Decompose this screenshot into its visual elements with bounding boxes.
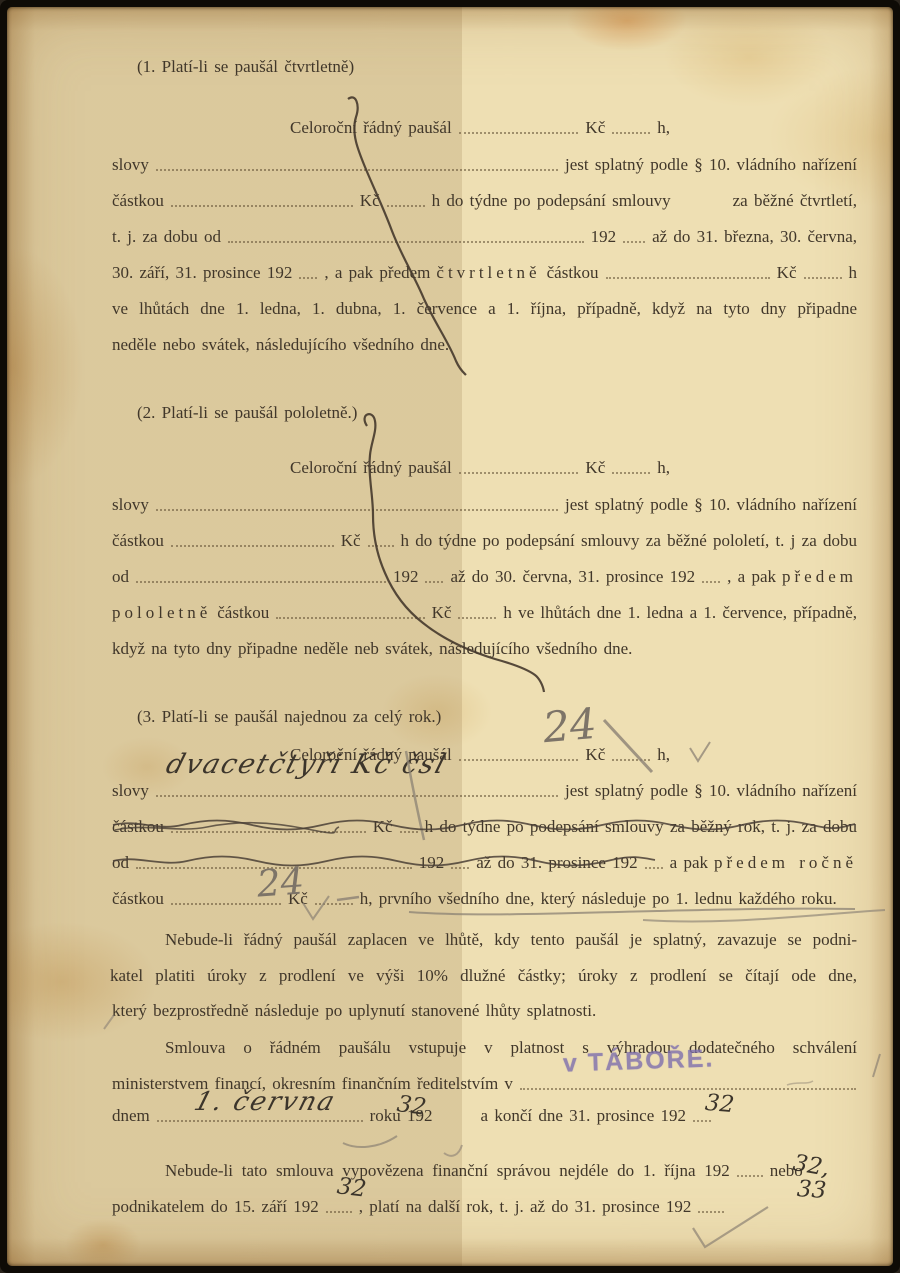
dotted-fill bbox=[606, 273, 770, 279]
printed-text: Kč bbox=[585, 457, 605, 478]
dotted-fill bbox=[612, 468, 650, 474]
handwritten-year-notice2: 32 bbox=[336, 1173, 368, 1202]
form-line: když na tyto dny připadne neděle neb svá… bbox=[112, 638, 632, 659]
printed-text: , platí na další rok, t. j. až do 31. pr… bbox=[359, 1196, 692, 1217]
form-line-struck: částkou Kč h do týdne po podepsání smlou… bbox=[112, 816, 857, 837]
clause-line: Smlouva o řádném paušálu vstupuje v plat… bbox=[165, 1037, 857, 1058]
section2-heading: (2. Platí-li se paušál pololetně.) bbox=[137, 402, 357, 423]
printed-text: slovy bbox=[112, 780, 149, 801]
paper-sheet: (1. Platí-li se paušál čtvrtletně) Celor… bbox=[7, 7, 893, 1266]
form-line: částkou Kč h do týdne po podepsání smlou… bbox=[112, 190, 857, 211]
dotted-fill bbox=[299, 273, 317, 279]
dotted-fill bbox=[459, 128, 579, 134]
form-line: od 192 až do 30. června, 31. prosince 19… bbox=[112, 566, 857, 587]
dotted-fill bbox=[458, 613, 496, 619]
dotted-fill bbox=[157, 1116, 363, 1122]
dotted-fill bbox=[612, 128, 650, 134]
form-line: slovy jest splatný podle § 10. vládního … bbox=[112, 154, 857, 175]
printed-text: od bbox=[112, 566, 129, 587]
scanned-document: (1. Platí-li se paušál čtvrtletně) Celor… bbox=[0, 0, 900, 1273]
clause-line: Nebude-li řádný paušál zaplacen ve lhůtě… bbox=[165, 929, 857, 950]
clause-line: katel platiti úroky z prodlení ve výši 1… bbox=[110, 965, 857, 986]
printed-text: 192 bbox=[393, 566, 419, 587]
printed-text: a pak bbox=[670, 852, 708, 873]
dotted-fill bbox=[425, 577, 443, 583]
dotted-fill bbox=[612, 755, 650, 761]
printed-text: částkou bbox=[112, 816, 164, 837]
printed-text: h, bbox=[657, 117, 670, 138]
dotted-fill bbox=[623, 237, 645, 243]
handwritten-year-end: 32 bbox=[704, 1090, 735, 1118]
dotted-fill bbox=[451, 863, 469, 869]
dotted-fill bbox=[645, 863, 663, 869]
printed-text: h bbox=[849, 262, 858, 283]
printed-text: slovy bbox=[112, 154, 149, 175]
printed-text: Kč bbox=[432, 602, 452, 623]
printed-text: částkou bbox=[112, 888, 164, 909]
pencil-swoosh-date bbox=[343, 1136, 397, 1147]
pencil-check-small bbox=[690, 742, 710, 761]
section1-heading: (1. Platí-li se paušál čtvrtletně) bbox=[137, 56, 354, 77]
printed-text: za běžné čtvrtletí, bbox=[733, 190, 857, 211]
dotted-fill bbox=[228, 237, 584, 243]
printed-text: h, prvního všedního dne, který následuje… bbox=[360, 888, 837, 909]
printed-text: h ve lhůtách dne 1. ledna a 1. července,… bbox=[503, 602, 857, 623]
printed-text: h, bbox=[657, 744, 670, 765]
printed-text: Nebude-li tato smlouva vypovězena finanč… bbox=[165, 1160, 730, 1181]
printed-text-emphasis: pololetně bbox=[112, 602, 211, 623]
clause-line: podnikatelem do 15. září 192 , platí na … bbox=[112, 1196, 752, 1217]
printed-text: částkou bbox=[112, 190, 164, 211]
dotted-fill bbox=[459, 468, 579, 474]
printed-text: Kč bbox=[341, 530, 361, 551]
dotted-fill bbox=[520, 1084, 856, 1090]
handwritten-amount-top: 24 bbox=[541, 699, 599, 752]
dotted-fill bbox=[156, 165, 558, 171]
section3-heading: (3. Platí-li se paušál najednou za celý … bbox=[137, 706, 441, 727]
handwritten-year-extend: 33 bbox=[796, 1176, 827, 1204]
dotted-fill bbox=[368, 541, 394, 547]
printed-text: částkou bbox=[217, 602, 269, 623]
handwritten-start-date: 1. června bbox=[191, 1087, 340, 1117]
form-line: t. j. za dobu od 192 až do 31. března, 3… bbox=[112, 226, 857, 247]
printed-text: jest splatný podle § 10. vládního naříze… bbox=[565, 780, 857, 801]
dotted-fill bbox=[693, 1116, 711, 1122]
printed-text-emphasis: čtvrtletně bbox=[436, 262, 540, 283]
printed-text: od bbox=[112, 852, 129, 873]
form-line: Celoroční řádný paušál Kč h, bbox=[290, 117, 670, 138]
dotted-fill bbox=[737, 1171, 763, 1177]
dotted-fill bbox=[400, 827, 418, 833]
form-line: neděle nebo svátek, následujícího všední… bbox=[112, 334, 449, 355]
printed-text: , a pak bbox=[727, 566, 776, 587]
printed-text: jest splatný podle § 10. vládního naříze… bbox=[565, 154, 857, 175]
dotted-fill bbox=[326, 1207, 352, 1213]
tabore-ink-stamp: v TÁBOŘE. bbox=[563, 1044, 715, 1078]
printed-text: podnikatelem do 15. září 192 bbox=[112, 1196, 319, 1217]
form-line: ve lhůtách dne 1. ledna, 1. dubna, 1. če… bbox=[112, 298, 857, 319]
dotted-fill bbox=[171, 827, 366, 833]
pencil-slash-margin bbox=[873, 1054, 880, 1077]
printed-text: h do týdne po podepsání smlouvy za běžné… bbox=[401, 530, 857, 551]
dotted-fill bbox=[804, 273, 842, 279]
dotted-fill bbox=[276, 613, 424, 619]
printed-text: Kč bbox=[360, 190, 380, 211]
form-line: pololetně částkou Kč h ve lhůtách dne 1.… bbox=[112, 602, 857, 623]
dotted-fill bbox=[171, 541, 334, 547]
printed-text: slovy bbox=[112, 494, 149, 515]
printed-text: h do týdne po podepsání smlouvy za běžný… bbox=[425, 816, 857, 837]
pencil-underline-1 bbox=[409, 909, 855, 915]
dotted-fill bbox=[698, 1207, 724, 1213]
handwritten-year-start: 32 bbox=[395, 1091, 428, 1121]
printed-text: Celoroční řádný paušál bbox=[290, 117, 452, 138]
dotted-fill bbox=[156, 505, 558, 511]
dotted-fill bbox=[702, 577, 720, 583]
form-line: částkou Kč h do týdne po podepsání smlou… bbox=[112, 530, 857, 551]
dotted-fill bbox=[315, 899, 353, 905]
printed-text-emphasis: předem bbox=[782, 566, 857, 587]
printed-text: 192 bbox=[591, 226, 617, 247]
form-line: slovy jest splatný podle § 10. vládního … bbox=[112, 494, 857, 515]
printed-text: částkou bbox=[112, 530, 164, 551]
printed-text: dnem bbox=[112, 1105, 150, 1126]
printed-text: h do týdne po podepsání smlouvy bbox=[432, 190, 671, 211]
form-line-struck: od 192 až do 31. prosince 192 a pak před… bbox=[112, 852, 857, 873]
printed-text: t. j. za dobu od bbox=[112, 226, 221, 247]
printed-text: Celoroční řádný paušál bbox=[290, 457, 452, 478]
form-line: Celoroční řádný paušál Kč h, bbox=[290, 457, 670, 478]
printed-text: jest splatný podle § 10. vládního naříze… bbox=[565, 494, 857, 515]
printed-text: částkou bbox=[547, 262, 599, 283]
form-line: slovy jest splatný podle § 10. vládního … bbox=[112, 780, 857, 801]
printed-text: a končí dne 31. prosince 192 bbox=[481, 1105, 686, 1126]
dotted-fill bbox=[459, 755, 579, 761]
printed-text: , a pak předem bbox=[324, 262, 430, 283]
dotted-fill bbox=[171, 201, 353, 207]
printed-text: h, bbox=[657, 457, 670, 478]
dotted-fill bbox=[387, 201, 425, 207]
dotted-fill bbox=[156, 791, 558, 797]
printed-text: 192 bbox=[419, 852, 445, 873]
handwritten-amount-bottom: 24 bbox=[256, 859, 306, 905]
printed-text: Kč bbox=[373, 816, 393, 837]
printed-text: až do 31. března, 30. června, bbox=[652, 226, 857, 247]
pencil-underline-2 bbox=[643, 910, 885, 921]
printed-text: 30. září, 31. prosince 192 bbox=[112, 262, 292, 283]
form-line: částkou Kč h, prvního všedního dne, kter… bbox=[112, 888, 857, 909]
printed-text: až do 31. prosince 192 bbox=[476, 852, 637, 873]
pencil-swoosh-small bbox=[444, 1145, 462, 1156]
printed-text: až do 30. června, 31. prosince 192 bbox=[450, 566, 695, 587]
printed-text: Kč bbox=[585, 117, 605, 138]
clause-line: Nebude-li tato smlouva vypovězena finanč… bbox=[165, 1160, 857, 1181]
printed-text: Kč bbox=[777, 262, 797, 283]
handwritten-amount-words: dvacetčtyři Kč čsl bbox=[163, 749, 451, 780]
clause-line: který bezprostředně následuje po uplynut… bbox=[112, 1000, 596, 1021]
printed-text-emphasis: předem ročně bbox=[714, 852, 857, 873]
form-line: 30. září, 31. prosince 192 , a pak přede… bbox=[112, 262, 857, 283]
dotted-fill bbox=[136, 577, 386, 583]
